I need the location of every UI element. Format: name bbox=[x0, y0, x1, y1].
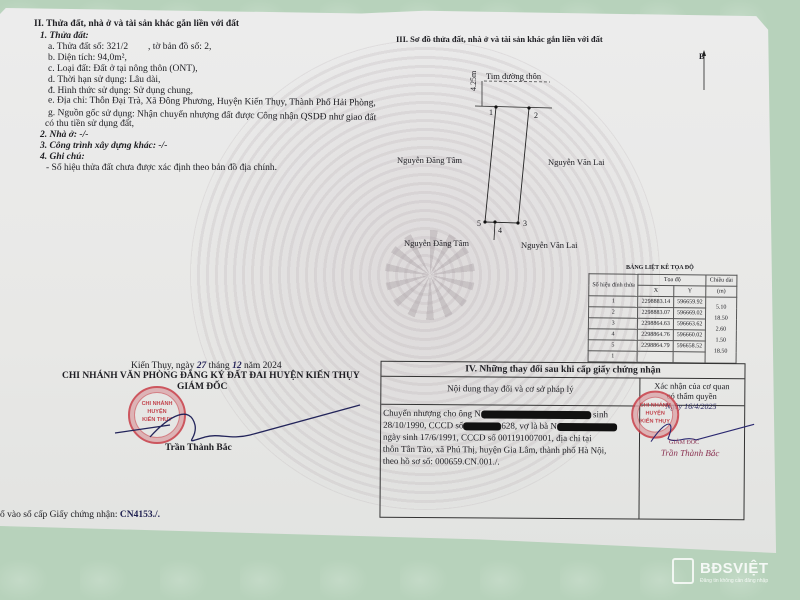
changes-table: IV. Những thay đổi sau khi cấp giấy chứn… bbox=[379, 361, 745, 521]
point-label-4: 4 bbox=[498, 225, 502, 236]
edge-length: 5.10 bbox=[709, 302, 732, 313]
bdsviet-logo-icon bbox=[672, 558, 694, 584]
boundary-east bbox=[518, 108, 529, 223]
north-arrow-head bbox=[702, 50, 706, 56]
coord-cell-x: 2298864.76 bbox=[638, 329, 674, 340]
coord-header-coords: Tọa độ bbox=[638, 274, 706, 286]
road-centerline bbox=[484, 81, 550, 82]
coord-cell-y: 596658.52 bbox=[673, 341, 706, 352]
point-label-1: 1 bbox=[489, 107, 493, 118]
coord-cell-y: 596660.02 bbox=[673, 330, 706, 341]
vertex-3 bbox=[516, 221, 519, 224]
coord-cell-point: 2 bbox=[589, 307, 639, 319]
boundary-extension bbox=[494, 222, 495, 240]
redaction-mark bbox=[557, 423, 617, 431]
coord-cell-point: 4 bbox=[588, 329, 638, 341]
change-text: 628, vợ là bà N bbox=[501, 421, 557, 431]
change-text: Chuyển nhượng cho ông N bbox=[383, 408, 481, 419]
point-label-3: 3 bbox=[523, 218, 527, 229]
coord-header-length: Chiều dài bbox=[706, 275, 736, 286]
changes-col-content: Nội dung thay đổi và cơ sở pháp lý bbox=[381, 376, 640, 407]
coord-header-x: X bbox=[638, 285, 674, 296]
edge-length: 1.50 bbox=[709, 335, 732, 346]
neighbor-east-top: Nguyễn Văn Lai bbox=[548, 157, 605, 168]
coord-header-y: Y bbox=[674, 286, 707, 297]
coord-cell-point: 1 bbox=[588, 351, 638, 363]
coord-header-unit: (m) bbox=[706, 286, 736, 297]
edge-length: 18.50 bbox=[709, 313, 732, 324]
coord-cell-y: 596659.92 bbox=[674, 297, 707, 308]
point-label-5: 5 bbox=[477, 218, 481, 229]
neighbor-west-top: Nguyễn Đăng Tâm bbox=[397, 155, 462, 166]
boundary-west bbox=[485, 107, 496, 222]
coord-lengths: 5.1018.502.601.5018.50 bbox=[705, 297, 736, 363]
vertex-2 bbox=[527, 106, 530, 109]
coord-cell-point: 3 bbox=[588, 318, 638, 330]
coord-cell-y: 596663.62 bbox=[673, 319, 706, 330]
coord-cell-point: 1 bbox=[589, 296, 639, 308]
stamp-line-1: CHI NHÁNH bbox=[633, 401, 677, 409]
coord-cell-x bbox=[637, 351, 673, 362]
vertex-1 bbox=[494, 105, 497, 108]
confirm-signer: Trần Thành Bắc bbox=[661, 448, 720, 459]
coord-cell-point: 5 bbox=[588, 340, 638, 352]
watermark-brand: BĐSVIỆT bbox=[700, 560, 769, 577]
coord-cell-y bbox=[673, 352, 706, 363]
edge-length: 2.60 bbox=[709, 324, 732, 335]
coord-cell-x: 2298864.79 bbox=[638, 340, 674, 351]
boundary-front bbox=[475, 106, 552, 108]
edge-length: 18.50 bbox=[709, 346, 732, 357]
coord-header-point: Số hiệu đỉnh thửa bbox=[589, 274, 639, 297]
coord-cell-x: 2298864.63 bbox=[638, 318, 674, 329]
change-entry: Chuyển nhượng cho ông N sinh 28/10/1990,… bbox=[383, 407, 635, 469]
point-label-2: 2 bbox=[534, 110, 538, 121]
watermark-tagline: Đăng tin không cần đăng nhập bbox=[700, 578, 768, 584]
vertex-5 bbox=[483, 220, 486, 223]
change-text: sinh bbox=[593, 409, 608, 419]
change-line-5: theo hồ sơ số: 000659.CN.001./. bbox=[383, 455, 635, 469]
redaction-mark bbox=[463, 422, 501, 430]
boundary-rear bbox=[485, 222, 518, 223]
vertex-4 bbox=[493, 220, 496, 223]
coord-table-title: BẢNG LIỆT KÊ TỌA ĐỘ bbox=[626, 265, 694, 271]
coordinate-table: Số hiệu đỉnh thửa Tọa độ Chiều dài X Y (… bbox=[588, 273, 738, 364]
neighbor-east-bottom: Nguyễn Văn Lai bbox=[521, 240, 578, 251]
neighbor-west-bottom: Nguyễn Đăng Tâm bbox=[404, 238, 469, 249]
redaction-mark bbox=[481, 410, 591, 419]
coord-cell-y: 596669.02 bbox=[673, 308, 706, 319]
coord-cell-x: 2298883.14 bbox=[638, 296, 674, 307]
change-text: 28/10/1990, CCCD số bbox=[383, 420, 463, 431]
coord-cell-x: 2298883.07 bbox=[638, 307, 674, 318]
